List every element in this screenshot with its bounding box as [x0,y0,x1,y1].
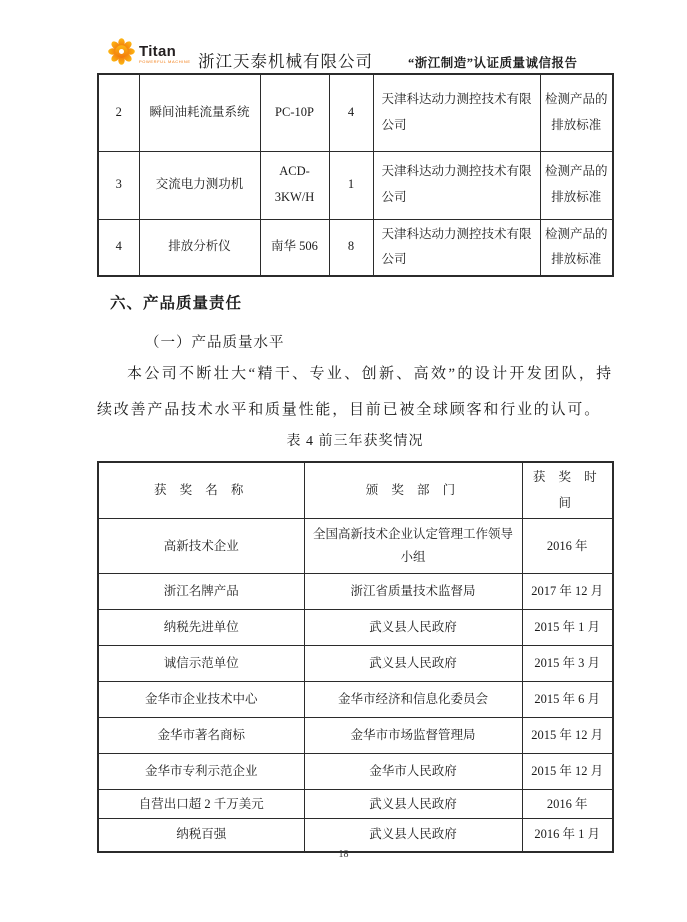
company-logo: Titan POWERFUL MACHINE [108,38,191,70]
equipment-cell: 天津科达动力测控技术有限公司 [373,74,540,151]
award-cell: 金华市经济和信息化委员会 [304,682,522,718]
table-row: 金华市著名商标金华市市场监督管理局2015 年 12 月 [98,718,613,754]
award-cell: 纳税先进单位 [98,610,304,646]
section-heading: 六、产品质量责任 [110,291,242,313]
company-name: 浙江天泰机械有限公司 [196,48,375,75]
equipment-cell: 天津科达动力测控技术有限公司 [373,219,540,276]
equipment-cell: 1 [329,151,373,219]
award-cell: 2016 年 [522,519,613,574]
equipment-cell: 瞬间油耗流量系统 [139,74,260,151]
logo-brand-text: Titan [139,44,191,59]
table-row: 浙江名牌产品浙江省质量技术监督局2017 年 12 月 [98,574,613,610]
equipment-cell: 检测产品的排放标准 [540,74,613,151]
gear-icon [108,38,135,70]
equipment-cell: ACD-3KW/H [260,151,329,219]
award-cell: 金华市人民政府 [304,754,522,790]
table-row: 2瞬间油耗流量系统PC-10P4天津科达动力测控技术有限公司检测产品的排放标准 [98,74,613,151]
equipment-cell: 检测产品的排放标准 [540,151,613,219]
table-row: 自营出口超 2 千万美元武义县人民政府2016 年 [98,790,613,819]
table-row: 金华市专利示范企业金华市人民政府2015 年 12 月 [98,754,613,790]
award-cell: 2015 年 3 月 [522,646,613,682]
award-cell: 金华市市场监督管理局 [304,718,522,754]
page-number: 18 [0,849,687,860]
award-cell: 2015 年 12 月 [522,718,613,754]
table-row: 诚信示范单位武义县人民政府2015 年 3 月 [98,646,613,682]
section-subheading: （一）产品质量水平 [145,331,285,352]
awards-header-cell: 颁 奖 部 门 [304,462,522,519]
equipment-cell: 4 [98,219,139,276]
document-page: Titan POWERFUL MACHINE 浙江天泰机械有限公司 “浙江制造”… [0,0,687,922]
table-row: 纳税百强武义县人民政府2016 年 1 月 [98,819,613,852]
awards-header-row: 获 奖 名 称 颁 奖 部 门 获 奖 时 间 [98,462,613,519]
equipment-cell: 检测产品的排放标准 [540,219,613,276]
table-row: 4排放分析仪南华 5068天津科达动力测控技术有限公司检测产品的排放标准 [98,219,613,276]
awards-header-cell: 获 奖 名 称 [98,462,304,519]
award-cell: 2016 年 1 月 [522,819,613,852]
award-cell: 2015 年 12 月 [522,754,613,790]
section-paragraph: 本公司不断壮大“精干、专业、创新、高效”的设计开发团队，持续改善产品技术水平和质… [97,356,613,428]
awards-header-cell: 获 奖 时 间 [522,462,613,519]
award-cell: 全国高新技术企业认定管理工作领导小组 [304,519,522,574]
award-cell: 2015 年 6 月 [522,682,613,718]
award-cell: 2015 年 1 月 [522,610,613,646]
award-cell: 自营出口超 2 千万美元 [98,790,304,819]
table-row: 纳税先进单位武义县人民政府2015 年 1 月 [98,610,613,646]
award-cell: 金华市著名商标 [98,718,304,754]
equipment-cell: 8 [329,219,373,276]
table-row: 3交流电力测功机ACD-3KW/H1天津科达动力测控技术有限公司检测产品的排放标… [98,151,613,219]
award-cell: 武义县人民政府 [304,790,522,819]
award-cell: 武义县人民政府 [304,819,522,852]
award-cell: 浙江省质量技术监督局 [304,574,522,610]
award-cell: 2016 年 [522,790,613,819]
equipment-cell: 2 [98,74,139,151]
awards-table: 获 奖 名 称 颁 奖 部 门 获 奖 时 间 高新技术企业全国高新技术企业认定… [97,461,614,853]
equipment-cell: PC-10P [260,74,329,151]
award-cell: 金华市专利示范企业 [98,754,304,790]
equipment-table: 2瞬间油耗流量系统PC-10P4天津科达动力测控技术有限公司检测产品的排放标准3… [97,73,614,277]
award-cell: 纳税百强 [98,819,304,852]
award-cell: 武义县人民政府 [304,610,522,646]
award-cell: 高新技术企业 [98,519,304,574]
award-cell: 武义县人民政府 [304,646,522,682]
equipment-cell: 3 [98,151,139,219]
equipment-cell: 交流电力测功机 [139,151,260,219]
table-row: 金华市企业技术中心金华市经济和信息化委员会2015 年 6 月 [98,682,613,718]
award-cell: 诚信示范单位 [98,646,304,682]
equipment-cell: 4 [329,74,373,151]
equipment-cell: 天津科达动力测控技术有限公司 [373,151,540,219]
report-title: “浙江制造”认证质量诚信报告 [408,53,578,71]
award-cell: 2017 年 12 月 [522,574,613,610]
award-cell: 金华市企业技术中心 [98,682,304,718]
logo-tagline-text: POWERFUL MACHINE [139,60,191,64]
table-row: 高新技术企业全国高新技术企业认定管理工作领导小组2016 年 [98,519,613,574]
equipment-cell: 排放分析仪 [139,219,260,276]
awards-table-title: 表 4 前三年获奖情况 [97,430,613,450]
award-cell: 浙江名牌产品 [98,574,304,610]
equipment-cell: 南华 506 [260,219,329,276]
